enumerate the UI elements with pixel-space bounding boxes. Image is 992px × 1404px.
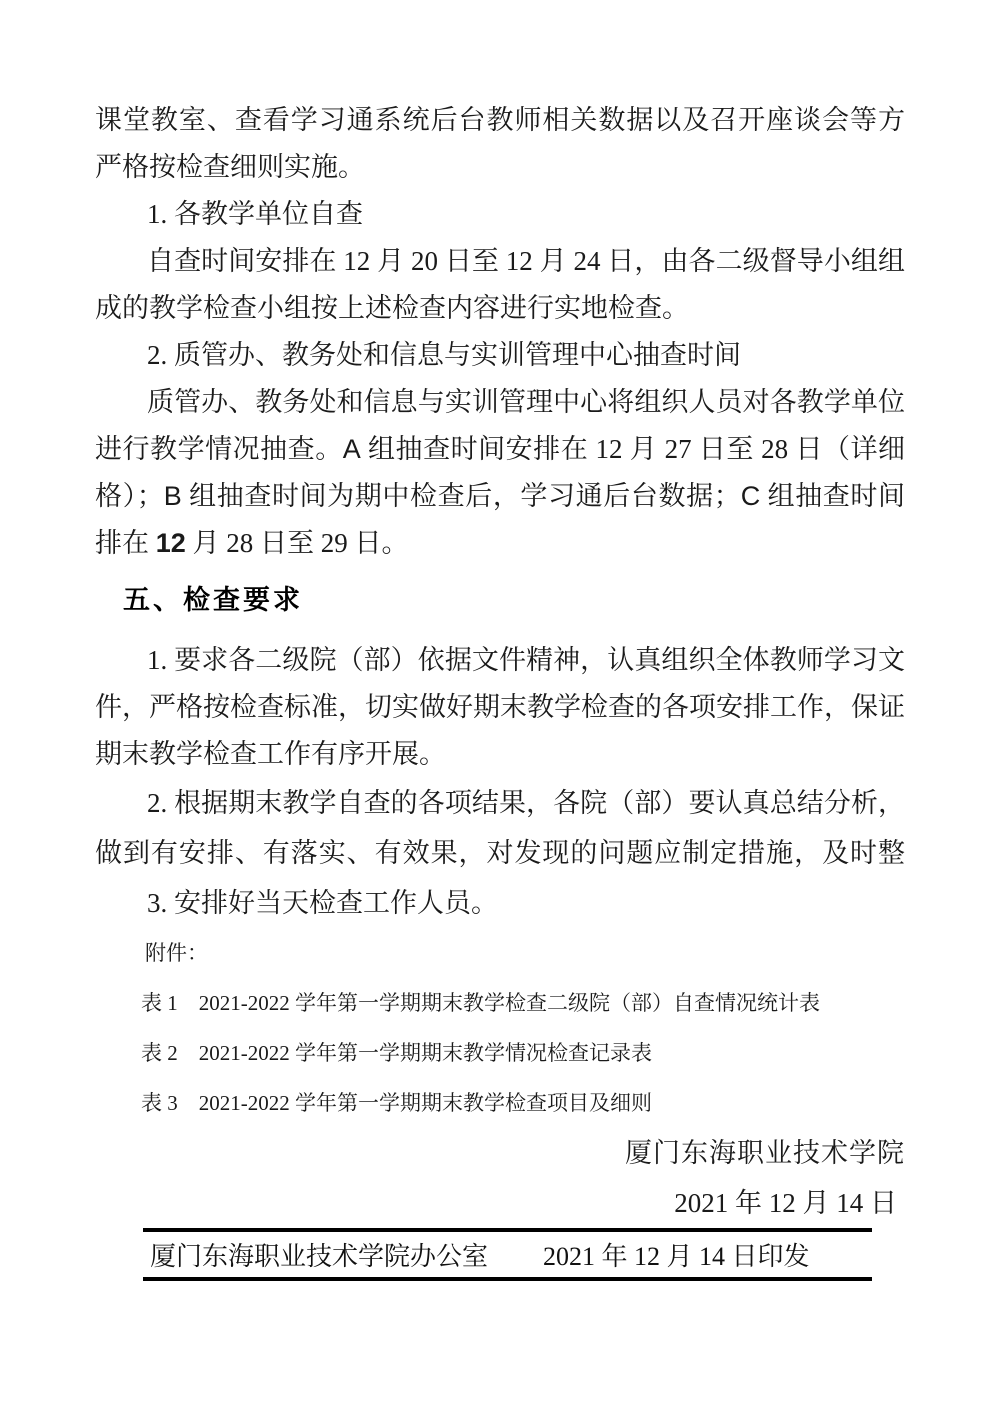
text-run: C bbox=[741, 481, 761, 511]
text-line: 做到有安排、有落实、有效果，对发现的问题应制定措施，及时整改。 bbox=[95, 828, 905, 878]
text-line: 3. 安排好当天检查工作人员。 bbox=[95, 878, 905, 928]
text-line: 表 1 2021-2022 学年第一学期期末教学检查二级院（部）自查情况统计表 bbox=[95, 978, 905, 1028]
text-line: 1. 要求各二级院（部）依据文件精神，认真组织全体教师学习文 bbox=[95, 637, 905, 684]
text-run: 12 bbox=[156, 528, 186, 558]
text-line: 成的教学检查小组按上述检查内容进行实地检查。 bbox=[95, 285, 905, 332]
text-line: 期末教学检查工作有序开展。 bbox=[95, 731, 905, 778]
document-page: 课堂教室、查看学习通系统后台教师相关数据以及召开座谈会等方式，严格按检查细则实施… bbox=[0, 0, 992, 1404]
text-line: 质管办、教务处和信息与实训管理中心将组织人员对各教学单位 bbox=[95, 379, 905, 426]
section-heading: 五、检查要求 bbox=[95, 575, 905, 625]
text-run: B bbox=[164, 481, 182, 511]
text-line: 件，严格按检查标准，切实做好期末教学检查的各项安排工作，保证 bbox=[95, 684, 905, 731]
document-body: 课堂教室、查看学习通系统后台教师相关数据以及召开座谈会等方式，严格按检查细则实施… bbox=[95, 97, 905, 1228]
text-line: 排在 12 月 28 日至 29 日。 bbox=[95, 520, 905, 567]
text-line: 2. 质管办、教务处和信息与实训管理中心抽查时间 bbox=[95, 332, 905, 379]
text-line: 进行教学情况抽查。A 组抽查时间安排在 12 月 27 日至 28 日（详细表 bbox=[95, 426, 905, 473]
footer-issuer: 厦门东海职业技术学院办公室 bbox=[150, 1236, 488, 1273]
text-run: 月 28 日至 29 日。 bbox=[186, 528, 409, 558]
text-line: 课堂教室、查看学习通系统后台教师相关数据以及召开座谈会等方式， bbox=[95, 97, 905, 144]
text-line: 2021 年 12 月 14 日 bbox=[95, 1178, 905, 1228]
text-line: 表 2 2021-2022 学年第一学期期末教学情况检查记录表 bbox=[95, 1028, 905, 1078]
text-run: 组抽查时间为期中检查后，学习通后台数据； bbox=[182, 481, 741, 511]
footer-issue-date: 2021 年 12 月 14 日印发 bbox=[543, 1236, 810, 1273]
text-line: 格）；B 组抽查时间为期中检查后，学习通后台数据；C 组抽查时间安 bbox=[95, 473, 905, 520]
text-line: 附件： bbox=[95, 928, 905, 978]
text-line: 1. 各教学单位自查 bbox=[95, 191, 905, 238]
text-line: 自查时间安排在 12 月 20 日至 12 月 24 日，由各二级督导小组组 bbox=[95, 238, 905, 285]
text-line: 厦门东海职业技术学院 bbox=[95, 1128, 905, 1178]
text-run: 进行教学情况抽查。 bbox=[95, 434, 343, 464]
text-run: 格）； bbox=[95, 481, 164, 511]
text-run: 排在 bbox=[95, 528, 156, 558]
print-footer: 厦门东海职业技术学院办公室 2021 年 12 月 14 日印发 bbox=[143, 1228, 872, 1281]
text-line: 严格按检查细则实施。 bbox=[95, 144, 905, 191]
text-line: 2. 根据期末教学自查的各项结果，各院（部）要认真总结分析， bbox=[95, 778, 905, 828]
text-run: A bbox=[343, 434, 361, 464]
text-line: 表 3 2021-2022 学年第一学期期末教学检查项目及细则 bbox=[95, 1078, 905, 1128]
